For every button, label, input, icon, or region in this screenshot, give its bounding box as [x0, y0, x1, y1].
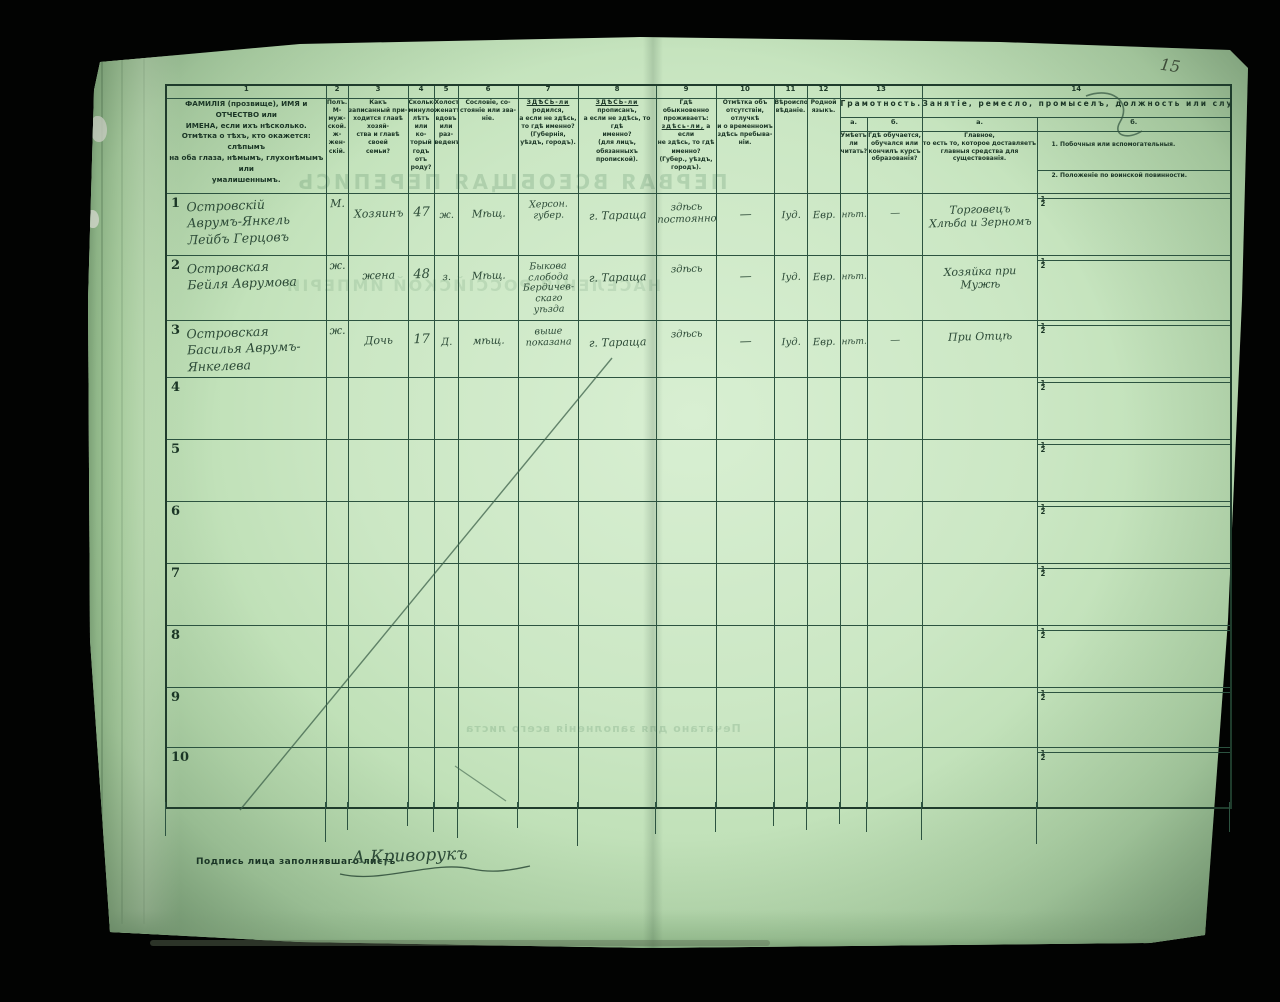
- relation-cell: [348, 378, 408, 440]
- occupation-cell-value: [922, 502, 1036, 514]
- absence-cell: [716, 748, 774, 808]
- name-cell: 9: [166, 688, 326, 748]
- religion-cell-value: [774, 564, 806, 581]
- education-cell-value: —: [867, 194, 922, 221]
- absence-cell: [716, 378, 774, 440]
- row-number: 5: [171, 442, 180, 457]
- header-lead-word: ЗДѢСЬ-ли: [596, 99, 639, 106]
- relation-cell-value: [348, 748, 407, 763]
- birthplace-cell-value: [518, 748, 577, 755]
- age-cell-value: [408, 626, 433, 639]
- estate-cell-value: Мѣщ.: [458, 194, 518, 221]
- absence-cell-value: [716, 502, 773, 517]
- estate-cell: [458, 564, 518, 626]
- estate-cell-value: Мѣщ.: [458, 256, 518, 283]
- registration-cell-value: г. Тараща: [578, 194, 656, 224]
- header-estate: Сословіе, со- стояніе или зва- ніе.: [458, 99, 518, 194]
- age-cell-value: 48: [408, 256, 434, 284]
- education-cell-value: [867, 748, 921, 763]
- header-side-occupation: 1. Побочныя или вспомогательныя. 2. Поло…: [1037, 132, 1231, 194]
- language-cell: [807, 502, 840, 564]
- side-occupation-half: 2: [1038, 692, 1231, 697]
- language-cell-value: [807, 688, 839, 705]
- enumerator-signature: А.Криворукъ: [352, 844, 468, 868]
- education-cell-value: [867, 626, 921, 641]
- estate-cell-value: [458, 502, 517, 517]
- registration-cell: [578, 564, 656, 626]
- sex-cell: [326, 378, 348, 440]
- col-number: 1: [166, 85, 326, 99]
- occupation-cell: [922, 688, 1037, 748]
- person-name: [187, 378, 326, 384]
- estate-cell-value: [458, 626, 517, 641]
- occupation-cell: [922, 564, 1037, 626]
- occupation-cell-value: При Отцѣ: [922, 321, 1037, 346]
- language-cell: Евр.: [807, 256, 840, 321]
- estate-cell: [458, 502, 518, 564]
- row-number: 2: [171, 258, 180, 273]
- sex-cell-value: [326, 502, 347, 507]
- name-cell: 5: [166, 440, 326, 502]
- person-name: [187, 748, 326, 754]
- residence-cell: [656, 378, 716, 440]
- residence-cell: здѣсь постоянно: [656, 194, 716, 256]
- absence-cell: [716, 626, 774, 688]
- census-row: 3Островская Басилья Аврумъ- Янкелеваж.До…: [166, 321, 1231, 378]
- relation-cell-value: [348, 440, 407, 455]
- literacy-cell: нѣт.: [840, 194, 867, 256]
- religion-cell: [774, 748, 807, 808]
- column-numbers-row: 1 2 3 4 5 6 7 8 9 10 11 12 13 14: [166, 85, 1231, 99]
- estate-cell: Мѣщ.: [458, 194, 518, 256]
- literacy-cell-value: [840, 748, 866, 765]
- birthplace-cell-value: [518, 688, 577, 695]
- header-education: Гдѣ обучается, обучался или кончилъ курс…: [867, 132, 922, 194]
- language-cell-value: Евр.: [807, 321, 840, 349]
- marital-status-cell-value: [434, 564, 457, 581]
- side-occupation-cell: 12: [1037, 688, 1231, 748]
- header-registration: ЗДѢСЬ-ли прописанъ, а если не здѣсь, то …: [578, 99, 656, 194]
- education-cell: [867, 564, 922, 626]
- age-cell-value: 17: [408, 321, 434, 349]
- occupation-cell-value: [922, 564, 1036, 576]
- person-name: [187, 440, 326, 446]
- estate-cell-value: [458, 440, 517, 455]
- ruled-line-stub: [773, 802, 774, 826]
- literacy-cell: нѣт.: [840, 321, 867, 378]
- absence-cell: [716, 440, 774, 502]
- side-occupation-cell: 12: [1037, 321, 1231, 378]
- estate-cell: мѣщ.: [458, 321, 518, 378]
- language-cell-value: Евр.: [807, 256, 840, 284]
- literacy-cell: [840, 564, 867, 626]
- relation-cell-value: Дочь: [348, 321, 408, 349]
- relation-cell: [348, 748, 408, 808]
- residence-cell-value: [656, 502, 715, 511]
- person-name: Островская Басилья Аврумъ- Янкелева: [186, 321, 326, 376]
- religion-cell: Іуд.: [774, 256, 807, 321]
- education-cell: [867, 378, 922, 440]
- col-number: 11: [774, 85, 807, 99]
- sex-cell: [326, 688, 348, 748]
- absence-cell: —: [716, 256, 774, 321]
- col-number: 9: [656, 85, 716, 99]
- col-number: 6: [458, 85, 518, 99]
- occupation-cell: [922, 748, 1037, 808]
- book-page-stack-bottom: [150, 940, 770, 946]
- sex-cell: [326, 564, 348, 626]
- marital-status-cell-value: [434, 748, 457, 765]
- sex-cell-value: [326, 626, 347, 631]
- absence-cell: [716, 688, 774, 748]
- birthplace-cell-value: выше показана: [518, 321, 578, 350]
- name-cell: 1Островскій Аврумъ-Янкель Лейбъ Герцовъ: [166, 194, 326, 256]
- language-cell: [807, 378, 840, 440]
- language-cell: [807, 688, 840, 748]
- page-number: 15: [1159, 55, 1182, 77]
- birthplace-cell: [518, 502, 578, 564]
- ruled-line-stub: [577, 802, 578, 846]
- header-text: родился, а если не здѣсь, то гдѣ именно?…: [519, 107, 576, 146]
- person-name: [187, 688, 326, 694]
- side-occupation-value: [1037, 750, 1230, 759]
- birthplace-cell-value: Быкова слобода Бердичев- скаго уѣзда: [518, 256, 578, 316]
- header-occupation-band: Занятіе, ремесло, промыселъ, должность и…: [922, 99, 1231, 118]
- age-cell: [408, 626, 434, 688]
- side-occupation-cell: 12: [1037, 378, 1231, 440]
- birthplace-cell: [518, 564, 578, 626]
- registration-cell: [578, 378, 656, 440]
- occupation-cell-value: [922, 440, 1036, 452]
- header-sex: Полъ. М-муж- ской. ж-жен- скій.: [326, 99, 348, 194]
- religion-cell-value: [774, 440, 806, 457]
- side-occupation-half: 2: [1038, 260, 1231, 265]
- language-cell: [807, 626, 840, 688]
- estate-cell: [458, 688, 518, 748]
- absence-cell-value: —: [716, 194, 774, 223]
- age-cell: [408, 564, 434, 626]
- birthplace-cell: [518, 688, 578, 748]
- name-cell: 3Островская Басилья Аврумъ- Янкелева: [166, 321, 326, 378]
- education-cell-value: [867, 688, 921, 703]
- marital-status-cell-value: [434, 626, 457, 643]
- registration-cell-value: [578, 748, 655, 766]
- marital-status-cell-value: [434, 502, 457, 519]
- ruled-line-stub: [866, 802, 867, 832]
- birthplace-cell: выше показана: [518, 321, 578, 378]
- age-cell-value: [408, 440, 433, 453]
- header-main-occupation: Главное, то есть то, которое доставляетъ…: [922, 132, 1037, 194]
- literacy-cell: [840, 688, 867, 748]
- sex-cell: [326, 626, 348, 688]
- occupation-cell: Торговецъ Хлѣба и Зерномъ: [922, 194, 1037, 256]
- occupation-cell-value: [922, 688, 1036, 700]
- relation-cell: жена: [348, 256, 408, 321]
- header-text: Гдѣ обыкновенно проживаетъ:: [663, 99, 709, 122]
- registration-cell: г. Тараща: [578, 321, 656, 378]
- residence-cell-value: здѣсь: [656, 256, 715, 277]
- sex-cell: ж.: [326, 256, 348, 321]
- registration-cell-value: г. Тараща: [578, 321, 656, 351]
- education-cell: [867, 626, 922, 688]
- ruled-line-stub: [165, 802, 166, 836]
- estate-cell: [458, 626, 518, 688]
- literacy-cell: [840, 378, 867, 440]
- registration-cell-value: г. Тараща: [578, 256, 656, 286]
- census-row: 812: [166, 626, 1231, 688]
- side-occupation-cell: 12: [1037, 194, 1231, 256]
- header-sub-a: а.: [840, 118, 867, 132]
- birthplace-cell: [518, 378, 578, 440]
- residence-cell-value: [656, 564, 715, 573]
- language-cell: Евр.: [807, 321, 840, 378]
- sex-cell-value: ж.: [326, 256, 347, 273]
- marital-status-cell: Д.: [434, 321, 458, 378]
- ruled-line-stub: [921, 802, 922, 840]
- sex-cell-value: [326, 688, 347, 693]
- registration-cell: [578, 688, 656, 748]
- header-surname: ФАМИЛІЯ (прозвище), ИМЯ и ОТЧЕСТВО или И…: [166, 99, 326, 194]
- absence-cell-value: [716, 688, 773, 703]
- ruled-line-stub: [347, 802, 348, 830]
- residence-cell: [656, 626, 716, 688]
- col-number: 4: [408, 85, 434, 99]
- literacy-cell: нѣт.: [840, 256, 867, 321]
- religion-cell: Іуд.: [774, 321, 807, 378]
- relation-cell-value: [348, 626, 407, 641]
- name-cell: 2Островская Бейля Аврумова: [166, 256, 326, 321]
- col-number: 8: [578, 85, 656, 99]
- relation-cell-value: Хозяинъ: [348, 194, 408, 222]
- census-table: 1 2 3 4 5 6 7 8 9 10 11 12 13 14 ФАМИЛІЯ…: [165, 84, 1232, 809]
- occupation-cell: [922, 502, 1037, 564]
- religion-cell-value: Іуд.: [774, 321, 807, 349]
- header-literacy-band: Грамотность.: [840, 99, 922, 118]
- relation-cell-value: [348, 564, 407, 579]
- census-row: 2Островская Бейля Аврумоваж.жена48з.Мѣщ.…: [166, 256, 1231, 321]
- occupation-cell: [922, 378, 1037, 440]
- side-occupation-value: [1037, 323, 1230, 332]
- residence-cell-value: [656, 378, 715, 387]
- religion-cell: [774, 440, 807, 502]
- residence-cell: [656, 502, 716, 564]
- marital-status-cell: [434, 440, 458, 502]
- age-cell-value: [408, 502, 433, 515]
- language-cell-value: [807, 748, 839, 765]
- col-number: 5: [434, 85, 458, 99]
- education-cell-value: [867, 256, 921, 271]
- census-row: 1Островскій Аврумъ-Янкель Лейбъ ГерцовъМ…: [166, 194, 1231, 256]
- absence-cell-value: —: [716, 321, 774, 350]
- literacy-cell-value: [840, 378, 866, 395]
- residence-cell: здѣсь: [656, 321, 716, 378]
- name-cell: 4: [166, 378, 326, 440]
- census-row: 612: [166, 502, 1231, 564]
- religion-cell: Іуд.: [774, 194, 807, 256]
- language-cell-value: [807, 626, 839, 643]
- religion-cell-value: [774, 626, 806, 643]
- religion-cell: [774, 564, 807, 626]
- side-occupation-cell: 12: [1037, 626, 1231, 688]
- occupation-cell: [922, 626, 1037, 688]
- relation-cell: Хозяинъ: [348, 194, 408, 256]
- religion-cell: [774, 626, 807, 688]
- marital-status-cell: [434, 564, 458, 626]
- person-name: Островскій Аврумъ-Янкель Лейбъ Герцовъ: [186, 194, 326, 249]
- name-cell: 8: [166, 626, 326, 688]
- side-occupation-value: [1037, 690, 1230, 699]
- absence-cell-value: [716, 564, 773, 579]
- residence-cell-value: [656, 688, 715, 697]
- row-number: 7: [171, 566, 180, 581]
- estate-cell: [458, 748, 518, 808]
- absence-cell-value: —: [716, 256, 774, 285]
- marital-status-cell: [434, 748, 458, 808]
- census-row: 1012: [166, 748, 1231, 808]
- col-number: 7: [518, 85, 578, 99]
- name-cell: 7: [166, 564, 326, 626]
- sex-cell: [326, 440, 348, 502]
- photo-background: ПЕРВАЯ ВСЕОБЩАЯ ПЕРЕПИСЬ НАСЕЛЕНІЯ РОССІ…: [0, 0, 1280, 1002]
- estate-cell: [458, 440, 518, 502]
- literacy-cell-value: нѣт.: [840, 256, 867, 283]
- ruled-line-stub: [1229, 802, 1230, 832]
- marital-status-cell: [434, 626, 458, 688]
- header-sub-b: б.: [867, 118, 922, 132]
- registration-cell-value: [578, 688, 655, 706]
- literacy-cell-value: [840, 564, 866, 581]
- education-cell: —: [867, 321, 922, 378]
- literacy-cell-value: [840, 502, 866, 519]
- age-cell: [408, 748, 434, 808]
- residence-cell: [656, 748, 716, 808]
- header-side-occupation-1: 1. Побочныя или вспомогательныя.: [1038, 140, 1231, 170]
- ruled-line-stub: [839, 802, 840, 824]
- side-occupation-value: [1037, 196, 1230, 205]
- header-absence: Отмѣтка объ отсутствіи, отлучкѣ и о врем…: [716, 99, 774, 194]
- header-religion: Вѣроиспо- вѣданіе.: [774, 99, 807, 194]
- side-occupation-half: 2: [1038, 325, 1231, 330]
- census-row: 512: [166, 440, 1231, 502]
- occupation-cell-value: Торговецъ Хлѣба и Зерномъ: [922, 194, 1037, 231]
- age-cell: 17: [408, 321, 434, 378]
- marital-status-cell: [434, 378, 458, 440]
- estate-cell-value: [458, 378, 517, 393]
- header-lead-word: здѣсь-ли,: [662, 123, 704, 130]
- side-occupation-value: [1037, 566, 1230, 575]
- occupation-cell: При Отцѣ: [922, 321, 1037, 378]
- religion-cell-value: Іуд.: [774, 194, 807, 222]
- education-cell-value: [867, 440, 921, 455]
- relation-cell-value: жена: [348, 256, 408, 284]
- ruled-line-stub: [457, 802, 458, 838]
- side-occupation-cell: 12: [1037, 256, 1231, 321]
- occupation-cell-value: Хозяйка при Мужѣ: [922, 256, 1037, 293]
- absence-cell: —: [716, 321, 774, 378]
- religion-cell-value: [774, 378, 806, 395]
- birthplace-cell: [518, 626, 578, 688]
- header-military-duty: 2. Положеніе по воинской повинности.: [1038, 170, 1231, 194]
- age-cell-value: [408, 564, 433, 577]
- ruled-line-stub: [407, 802, 408, 826]
- registration-cell: [578, 626, 656, 688]
- education-cell-value: [867, 378, 921, 393]
- marital-status-cell-value: з.: [434, 256, 458, 284]
- registration-cell: [578, 502, 656, 564]
- absence-cell-value: [716, 626, 773, 641]
- registration-cell-value: [578, 564, 655, 582]
- absence-cell-value: [716, 440, 773, 455]
- language-cell-value: [807, 378, 839, 395]
- birthplace-cell-value: [518, 378, 577, 385]
- occupation-cell-value: [922, 748, 1036, 760]
- col-number: 14: [922, 85, 1231, 99]
- absence-cell: [716, 502, 774, 564]
- language-cell-value: [807, 502, 839, 519]
- birthplace-cell: [518, 748, 578, 808]
- header-sub-b: б.: [1037, 118, 1231, 132]
- religion-cell-value: Іуд.: [774, 256, 807, 284]
- estate-cell: [458, 378, 518, 440]
- residence-cell-value: [656, 626, 715, 635]
- absence-cell-value: [716, 378, 773, 393]
- birthplace-cell: Херсон. губер.: [518, 194, 578, 256]
- header-row: ФАМИЛІЯ (прозвище), ИМЯ и ОТЧЕСТВО или И…: [166, 99, 1231, 118]
- language-cell-value: Евр.: [807, 194, 840, 222]
- relation-cell: [348, 688, 408, 748]
- side-occupation-cell: 12: [1037, 564, 1231, 626]
- side-occupation-value: [1037, 442, 1230, 451]
- age-cell: 47: [408, 194, 434, 256]
- residence-cell: здѣсь: [656, 256, 716, 321]
- literacy-cell-value: нѣт.: [840, 321, 867, 348]
- literacy-cell: [840, 502, 867, 564]
- age-cell: [408, 688, 434, 748]
- birthplace-cell-value: [518, 564, 577, 571]
- estate-cell-value: [458, 564, 517, 579]
- occupation-cell-value: [922, 626, 1036, 638]
- literacy-cell: [840, 440, 867, 502]
- birthplace-cell: Быкова слобода Бердичев- скаго уѣзда: [518, 256, 578, 321]
- relation-cell: [348, 564, 408, 626]
- education-cell: [867, 502, 922, 564]
- side-occupation-cell: 12: [1037, 748, 1231, 808]
- residence-cell: [656, 440, 716, 502]
- residence-cell-value: здѣсь: [656, 321, 715, 342]
- marital-status-cell-value: ж.: [434, 194, 458, 222]
- relation-cell: [348, 502, 408, 564]
- ruled-line-stub: [433, 802, 434, 832]
- occupation-cell-value: [922, 378, 1036, 390]
- ruled-line-stub: [715, 802, 716, 832]
- absence-cell: [716, 564, 774, 626]
- religion-cell: [774, 378, 807, 440]
- literacy-cell: [840, 626, 867, 688]
- side-occupation-value: [1037, 380, 1230, 389]
- header-lead-word: ЗДѢСЬ-ли: [527, 99, 570, 106]
- registration-cell: г. Тараща: [578, 194, 656, 256]
- education-cell: [867, 440, 922, 502]
- side-occupation-value: [1037, 504, 1230, 513]
- header-age: Сколько минуло лѣтъ или ко- торый годъ о…: [408, 99, 434, 194]
- registration-cell-value: [578, 378, 655, 396]
- marital-status-cell: з.: [434, 256, 458, 321]
- census-row: 412: [166, 378, 1231, 440]
- sex-cell: ж.: [326, 321, 348, 378]
- person-name: [187, 502, 326, 508]
- registration-cell-value: [578, 502, 655, 520]
- estate-cell-value: мѣщ.: [458, 321, 518, 348]
